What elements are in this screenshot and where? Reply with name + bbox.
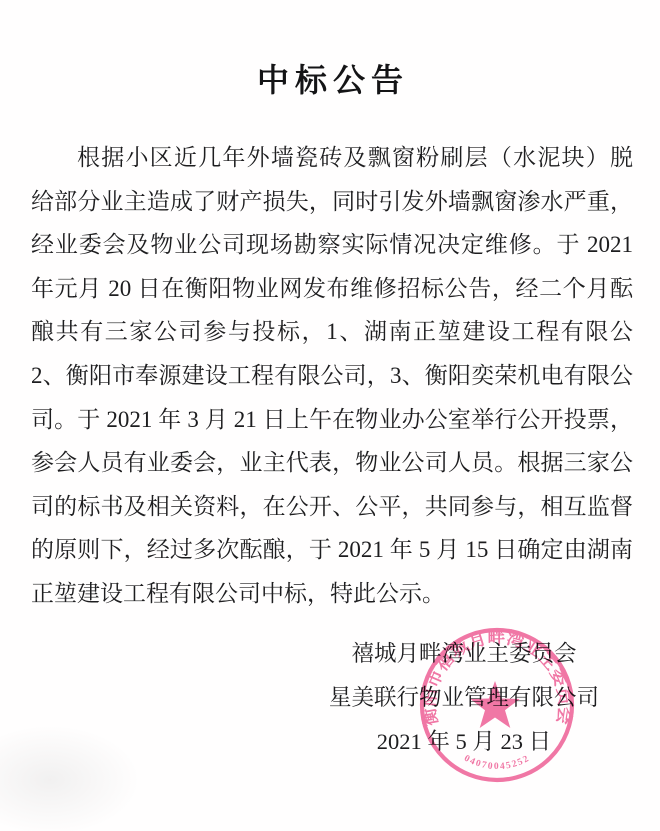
body-line: 2、衡阳市奉源建设工程有限公司，3、衡阳奕荣机电有限公 — [31, 354, 633, 398]
signature-block: 禧城月畔湾业主委员会 星美联行物业管理有限公司 2021 年 5 月 23 日 — [318, 632, 610, 764]
body-line: 根据小区近几年外墙瓷砖及飘窗粉刷层（水泥块）脱落， — [31, 136, 633, 180]
signature-committee: 禧城月畔湾业主委员会 — [318, 632, 610, 676]
announcement-page: 中标公告 根据小区近几年外墙瓷砖及飘窗粉刷层（水泥块）脱落， 给部分业主造成了财… — [0, 0, 660, 831]
page-title: 中标公告 — [0, 55, 660, 101]
body-line: 正堃建设工程有限公司中标，特此公示。 — [31, 572, 633, 616]
body-line: 酿共有三家公司参与投标，1、湖南正堃建设工程有限公司， — [31, 310, 633, 354]
body-paragraph: 根据小区近几年外墙瓷砖及飘窗粉刷层（水泥块）脱落， 给部分业主造成了财产损失，同… — [31, 136, 633, 616]
body-line: 参会人员有业委会，业主代表，物业公司人员。根据三家公 — [31, 441, 633, 485]
body-line: 年元月 20 日在衡阳物业网发布维修招标公告，经二个月酝 — [31, 267, 633, 311]
scan-shadow — [0, 725, 140, 831]
body-line: 经业委会及物业公司现场勘察实际情况决定维修。于 2021 — [31, 223, 633, 267]
body-line: 的原则下，经过多次酝酿，于 2021 年 5 月 15 日确定由湖南 — [31, 528, 633, 572]
signature-company: 星美联行物业管理有限公司 — [318, 676, 610, 720]
body-line: 司。于 2021 年 3 月 21 日上午在物业办公室举行公开投票， — [31, 398, 633, 442]
body-line: 司的标书及相关资料，在公开、公平，共同参与，相互监督 — [31, 485, 633, 529]
signature-date: 2021 年 5 月 23 日 — [318, 720, 610, 764]
body-line: 给部分业主造成了财产损失，同时引发外墙飘窗渗水严重， — [31, 180, 633, 224]
